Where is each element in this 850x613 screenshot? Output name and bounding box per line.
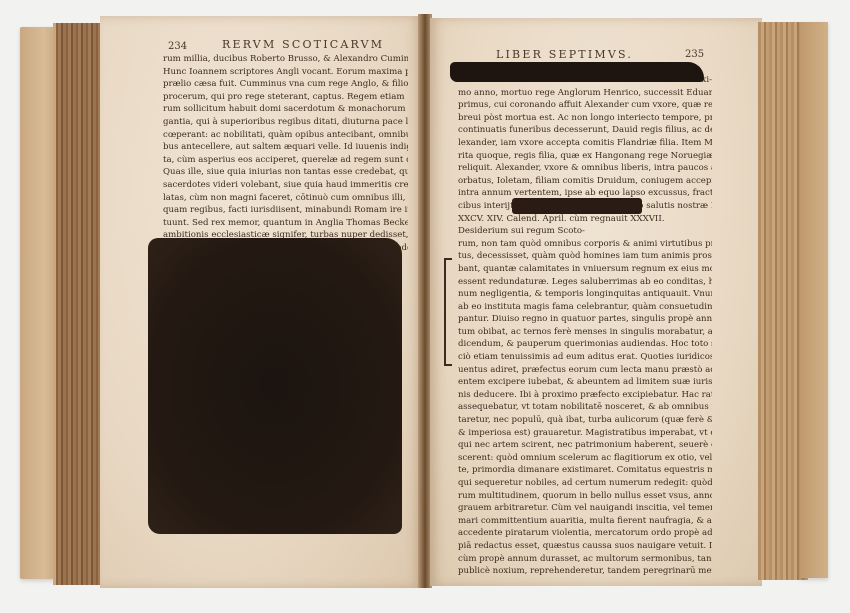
page-number-right: 235: [685, 49, 704, 60]
text-line: Hunc Ioannem scriptores Angli vocant. Eo…: [163, 66, 408, 79]
text-line: num negligentia, & temporis longinquitas…: [458, 288, 712, 301]
left-page-text: rum millia, ducibus Roberto Brusso, & Al…: [163, 53, 408, 267]
text-line: rum, non tam quòd omnibus corporis & ani…: [458, 238, 712, 251]
text-line: scerent: quòd omnium scelerum ac flagiti…: [458, 452, 712, 465]
text-line: continuatis funeribus decesserunt, Dauid…: [458, 124, 712, 137]
text-line: Quas ille, siue quia iniurias non tantas…: [163, 166, 408, 179]
text-line: bant, quantæ calamitates in vniuersum re…: [458, 263, 712, 276]
text-line: nis deducere. Ibi à proximo præfecto exc…: [458, 389, 712, 402]
text-line: publicè noxium, reprehenderetur, tandem …: [458, 565, 712, 578]
text-line: grauem arbitraretur. Cùm vel nauigandi i…: [458, 502, 712, 515]
text-line: piā redactus esset, quæstus caussa suos …: [458, 540, 712, 553]
text-line: ab eo instituta magis fama celebrantur, …: [458, 301, 712, 314]
text-line: bus antecellere, aut saltem æquari velle…: [163, 141, 408, 154]
text-line: cœperant: ac nobilitati, quàm opibus ant…: [163, 129, 408, 142]
text-line: accedente piratarum violentia, mercatoru…: [458, 527, 712, 540]
text-line: dicendum, & pauperum querimonias audiend…: [458, 338, 712, 351]
text-line: sacerdotes videri volebant, siue quia ha…: [163, 179, 408, 192]
text-line: XXCV. XIV. Calend. April. cùm regnauit X…: [458, 213, 712, 226]
text-line: reliquit. Alexander, vxore & omnibus lib…: [458, 162, 712, 175]
text-line: lexander, iam vxore accepta comitis Flan…: [458, 137, 712, 150]
margin-bracket-mark: [444, 258, 452, 260]
text-line: assequebatur, vt totam nobilitatē noscer…: [458, 401, 712, 414]
text-line: tus, decessisset, quàm quòd homines iam …: [458, 250, 712, 263]
text-line: rum sollicitum habuit domi sacerdotum & …: [163, 103, 408, 116]
margin-bracket-mark: [444, 364, 452, 366]
right-page-text: Proxi- mo anno, mortuo rege Anglorum Hen…: [458, 74, 712, 578]
text-line: gantia, qui à superioribus regibus ditat…: [163, 116, 408, 129]
text-line: rum millia, ducibus Roberto Brusso, & Al…: [163, 53, 408, 66]
text-line: cùm propè annum durasset, ac multorum se…: [458, 553, 712, 566]
text-line: orbatus, Ioletam, filiam comitis Druidum…: [458, 175, 712, 188]
running-head-right: LIBER SEPTIMVS.: [496, 48, 633, 61]
text-line: procerum, qui pro rege steterant, captus…: [163, 91, 408, 104]
fore-edge-left: [53, 23, 104, 585]
text-line: qui sequeretur nobiles, ad certum numeru…: [458, 477, 712, 490]
text-line: rum multitudinem, quorum in bello nullus…: [458, 490, 712, 503]
text-line: prælio cæsa fuit. Cumminus vna cum rege …: [163, 78, 408, 91]
text-line: entem excipere iubebat, & abeuntem ad li…: [458, 376, 712, 389]
ink-redaction-blot: [148, 238, 402, 534]
text-line: primus, cui coronando affuit Alexander c…: [458, 99, 712, 112]
text-line: mari committentium auaritia, multa fiere…: [458, 515, 712, 528]
text-line: ta, cùm asperius eos acciperet, querelæ …: [163, 154, 408, 167]
page-number-left: 234: [168, 41, 187, 52]
text-line: te, primordia dimanare existimaret. Comi…: [458, 464, 712, 477]
text-line: Desiderium sui regum Scoto-: [458, 225, 712, 238]
text-line: tuunt. Sed rex memor, quantum in Anglia …: [163, 217, 408, 230]
text-line: tum obibat, ac ternos ferè menses in sin…: [458, 326, 712, 339]
text-line: essent redundaturæ. Leges saluberrimas a…: [458, 276, 712, 289]
text-line: rita quoque, regis filia, quæ ex Hangona…: [458, 150, 712, 163]
margin-bracket-mark: [444, 258, 446, 366]
text-line: mo anno, mortuo rege Anglorum Henrico, s…: [458, 87, 712, 100]
text-line: qui nec artem scirent, nec patrimonium h…: [458, 439, 712, 452]
text-line: & imperiosa est) grauaretur. Magistratib…: [458, 427, 712, 440]
text-line: uentus adiret, præfectus eorum cum lecta…: [458, 364, 712, 377]
text-line: breui pòst mortua est. Ac non longo inte…: [458, 112, 712, 125]
text-line: ciò etiam tenuissimis ad eum aditus erat…: [458, 351, 712, 364]
text-line: quam regibus, facti iurisdiisent, minabu…: [163, 204, 408, 217]
text-line: taretur, nec populū, quà ibat, turba aul…: [458, 414, 712, 427]
book-cover-right: [800, 22, 828, 578]
ink-redaction-bar-top: [450, 62, 704, 82]
running-head-left: RERVM SCOTICARVM: [222, 38, 384, 51]
ink-redaction-bar-middle: [512, 198, 642, 214]
text-line: pantur. Diuiso regno in quatuor partes, …: [458, 313, 712, 326]
text-line: latas, cùm non magni faceret, cōtinuò cu…: [163, 192, 408, 205]
